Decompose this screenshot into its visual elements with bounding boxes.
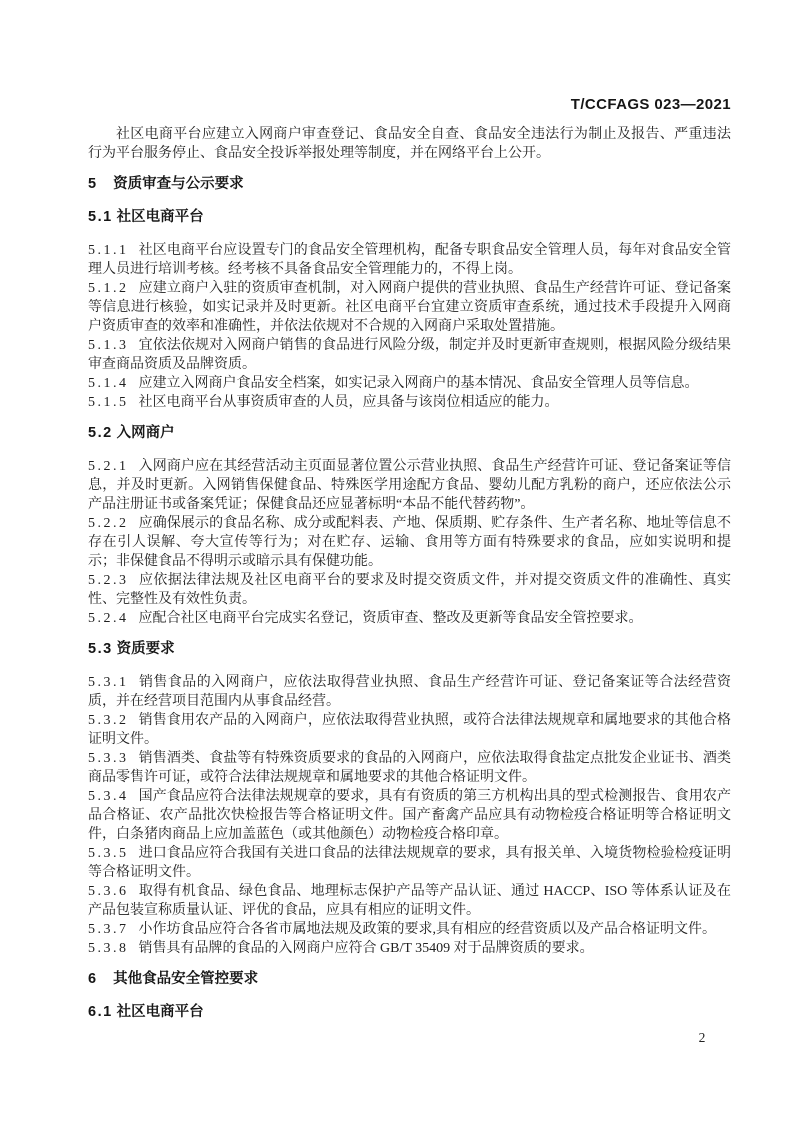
clause-number: 5.3.6 xyxy=(88,882,129,901)
clause-5-3-8: 5.3.8销售具有品牌的食品的入网商户应符合 GB/T 35409 对于品牌资质… xyxy=(88,939,731,958)
clause-5-1-4: 5.1.4应建立入网商户食品安全档案，如实记录入网商户的基本情况、食品安全管理人… xyxy=(88,374,731,393)
clause-text: 销售酒类、食盐等有特殊资质要求的食品的入网商户，应依法取得食盐定点批发企业证书、… xyxy=(88,751,731,785)
clause-text: 进口食品应符合我国有关进口食品的法律法规规章的要求，具有报关单、入境货物检验检疫… xyxy=(88,846,731,880)
clause-5-1-1: 5.1.1社区电商平台应设置专门的食品安全管理机构，配备专职食品安全管理人员，每… xyxy=(88,241,731,279)
section-heading-5-3: 5.3资质要求 xyxy=(88,640,731,659)
clause-number: 5.2.2 xyxy=(88,514,129,533)
clause-5-2-1: 5.2.1入网商户应在其经营活动主页面显著位置公示营业执照、食品生产经营许可证、… xyxy=(88,457,731,514)
clause-text: 社区电商平台从事资质审查的人员，应具备与该岗位相适应的能力。 xyxy=(139,395,559,410)
clause-text: 社区电商平台应设置专门的食品安全管理机构，配备专职食品安全管理人员，每年对食品安… xyxy=(88,243,731,277)
chapter-heading-5: 5资质审查与公示要求 xyxy=(88,175,731,194)
clause-text: 应建立入网商户食品安全档案，如实记录入网商户的基本情况、食品安全管理人员等信息。 xyxy=(139,376,699,391)
page-number: 2 xyxy=(690,1029,714,1046)
clause-number: 5.1.5 xyxy=(88,393,129,412)
clause-number: 5.3.7 xyxy=(88,920,129,939)
clause-5-3-4: 5.3.4国产食品应符合法律法规规章的要求，具有有资质的第三方机构出具的型式检测… xyxy=(88,787,731,844)
clause-number: 5.3.1 xyxy=(88,673,129,692)
clause-text: 应确保展示的食品名称、成分或配料表、产地、保质期、贮存条件、生产者名称、地址等信… xyxy=(88,516,731,569)
chapter-title: 其他食品安全管控要求 xyxy=(113,971,258,987)
clause-number: 5.2.3 xyxy=(88,571,129,590)
clause-number: 5.3.2 xyxy=(88,711,129,730)
chapter-heading-6: 6其他食品安全管控要求 xyxy=(88,970,731,989)
section-title: 入网商户 xyxy=(117,425,175,441)
chapter-number: 5 xyxy=(88,176,97,192)
section-heading-5-1: 5.1社区电商平台 xyxy=(88,208,731,227)
clause-text: 国产食品应符合法律法规规章的要求，具有有资质的第三方机构出具的型式检测报告、食用… xyxy=(88,789,731,842)
clause-text: 应配合社区电商平台完成实名登记，资质审查、整改及更新等食品安全管控要求。 xyxy=(139,611,643,626)
clause-number: 5.2.1 xyxy=(88,457,129,476)
clause-text: 入网商户应在其经营活动主页面显著位置公示营业执照、食品生产经营许可证、登记备案证… xyxy=(88,459,731,512)
section-heading-5-2: 5.2入网商户 xyxy=(88,424,731,443)
section-title: 社区电商平台 xyxy=(117,209,204,225)
clause-5-3-6: 5.3.6取得有机食品、绿色食品、地理标志保护产品等产品认证、通过 HACCP、… xyxy=(88,882,731,920)
clause-5-2-4: 5.2.4应配合社区电商平台完成实名登记，资质审查、整改及更新等食品安全管控要求… xyxy=(88,609,731,628)
document-page: T/CCFAGS 023—2021 社区电商平台应建立入网商户审查登记、食品安全… xyxy=(0,0,793,1122)
clause-number: 5.1.2 xyxy=(88,279,129,298)
clause-number: 5.3.4 xyxy=(88,787,129,806)
clause-number: 5.1.4 xyxy=(88,374,129,393)
clause-number: 5.1.3 xyxy=(88,336,129,355)
clause-5-3-2: 5.3.2销售食用农产品的入网商户，应依法取得营业执照，或符合法律法规规章和属地… xyxy=(88,711,731,749)
page-content: T/CCFAGS 023—2021 社区电商平台应建立入网商户审查登记、食品安全… xyxy=(88,97,731,1036)
clause-number: 5.3.3 xyxy=(88,749,129,768)
standard-reference-header: T/CCFAGS 023—2021 xyxy=(88,97,731,113)
section-title: 社区电商平台 xyxy=(117,1004,204,1020)
clause-text: 销售食品的入网商户，应依法取得营业执照、食品生产经营许可证、登记备案证等合法经营… xyxy=(88,675,731,709)
section-title: 资质要求 xyxy=(117,641,175,657)
section-number: 6.1 xyxy=(88,1004,113,1020)
clause-5-3-5: 5.3.5进口食品应符合我国有关进口食品的法律法规规章的要求，具有报关单、入境货… xyxy=(88,844,731,882)
clause-number: 5.3.8 xyxy=(88,939,129,958)
clause-number: 5.3.5 xyxy=(88,844,129,863)
section-number: 5.2 xyxy=(88,425,113,441)
section-heading-6-1: 6.1社区电商平台 xyxy=(88,1003,731,1022)
clause-number: 5.1.1 xyxy=(88,241,129,260)
clause-5-2-2: 5.2.2应确保展示的食品名称、成分或配料表、产地、保质期、贮存条件、生产者名称… xyxy=(88,514,731,571)
clause-5-3-3: 5.3.3销售酒类、食盐等有特殊资质要求的食品的入网商户，应依法取得食盐定点批发… xyxy=(88,749,731,787)
clause-5-2-3: 5.2.3应依据法律法规及社区电商平台的要求及时提交资质文件，并对提交资质文件的… xyxy=(88,571,731,609)
clause-number: 5.2.4 xyxy=(88,609,129,628)
chapter-title: 资质审查与公示要求 xyxy=(113,176,244,192)
chapter-number: 6 xyxy=(88,971,97,987)
section-number: 5.1 xyxy=(88,209,113,225)
clause-5-1-5: 5.1.5社区电商平台从事资质审查的人员，应具备与该岗位相适应的能力。 xyxy=(88,393,731,412)
clause-text: 宜依法依规对入网商户销售的食品进行风险分级，制定并及时更新审查规则，根据风险分级… xyxy=(88,338,731,372)
clause-text: 销售具有品牌的食品的入网商户应符合 GB/T 35409 对于品牌资质的要求。 xyxy=(139,941,594,956)
clause-5-3-1: 5.3.1销售食品的入网商户，应依法取得营业执照、食品生产经营许可证、登记备案证… xyxy=(88,673,731,711)
clause-text: 应建立商户入驻的资质审查机制，对入网商户提供的营业执照、食品生产经营许可证、登记… xyxy=(88,281,731,334)
clause-text: 应依据法律法规及社区电商平台的要求及时提交资质文件，并对提交资质文件的准确性、真… xyxy=(88,573,731,607)
section-number: 5.3 xyxy=(88,641,113,657)
clause-5-1-2: 5.1.2应建立商户入驻的资质审查机制，对入网商户提供的营业执照、食品生产经营许… xyxy=(88,279,731,336)
clause-5-1-3: 5.1.3宜依法依规对入网商户销售的食品进行风险分级，制定并及时更新审查规则，根… xyxy=(88,336,731,374)
clause-text: 取得有机食品、绿色食品、地理标志保护产品等产品认证、通过 HACCP、ISO 等… xyxy=(88,884,731,918)
clause-5-3-7: 5.3.7小作坊食品应符合各省市属地法规及政策的要求,具有相应的经营资质以及产品… xyxy=(88,920,731,939)
clause-text: 小作坊食品应符合各省市属地法规及政策的要求,具有相应的经营资质以及产品合格证明文… xyxy=(139,922,717,937)
intro-paragraph: 社区电商平台应建立入网商户审查登记、食品安全自查、食品安全违法行为制止及报告、严… xyxy=(88,125,731,163)
clause-text: 销售食用农产品的入网商户，应依法取得营业执照，或符合法律法规规章和属地要求的其他… xyxy=(88,713,731,747)
